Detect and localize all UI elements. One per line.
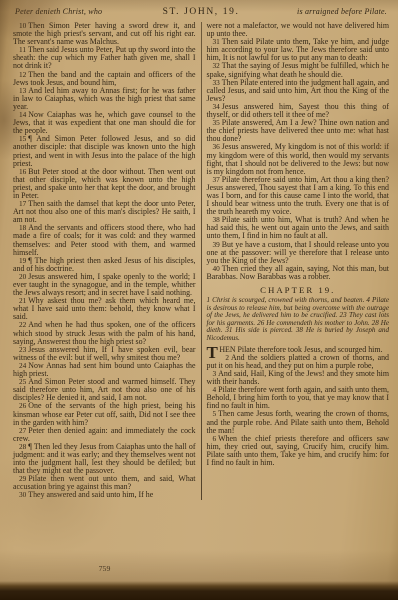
verse: 37Pilate therefore said unto him, Art th… — [207, 176, 390, 216]
verse: 28¶ Then led they Jesus from Caiaphas un… — [13, 443, 196, 475]
verse: 25And Simon Peter stood and warmed himse… — [13, 378, 196, 402]
verse: 18And the servants and officers stood th… — [13, 224, 196, 256]
verse: 5Then came Jesus forth, wearing the crow… — [207, 410, 390, 434]
running-head-right: is arraigned before Pilate. — [245, 7, 387, 16]
verse-text: And when he had thus spoken, one of the … — [13, 320, 196, 345]
verse: 23Jesus answered him, If I have spoken e… — [13, 346, 196, 362]
verse-text: Jesus answered him, Sayest thou this thi… — [207, 102, 390, 119]
verse-text: Then came Jesus forth, wearing the crown… — [207, 409, 390, 434]
verse-text: Pilate saith unto him, What is truth? An… — [207, 215, 390, 240]
right-column: were not a malefactor, we would not have… — [202, 22, 390, 500]
verse-text: ¶ And Simon Peter followed Jesus, and so… — [13, 134, 196, 167]
verse: 40Then cried they all again, saying, Not… — [207, 265, 390, 281]
verse: 32That the saying of Jesus might be fulf… — [207, 62, 390, 78]
verse: 39But ye have a custom, that I should re… — [207, 241, 390, 265]
verse: 20Jesus answered him, I spake openly to … — [13, 273, 196, 297]
text-columns: 10Then Simon Peter having a sword drew i… — [13, 22, 389, 500]
verse: 4Pilate therefore went forth again, and … — [207, 386, 390, 410]
verse: 3And said, Hail, King of the Jews! and t… — [207, 370, 390, 386]
verse-text: And the soldiers platted a crown of thor… — [207, 353, 390, 370]
page-content: Peter denieth Christ, who ST. JOHN, 19. … — [13, 7, 389, 500]
chapter-summary: 1 Christ is scourged, crowned with thorn… — [207, 297, 390, 343]
verse: 26One of the servants of the high priest… — [13, 402, 196, 426]
book-page-photo: { "book": { "colors": { "paper": "#c9ac7… — [0, 0, 398, 600]
verse: 12Then the band and the captain and offi… — [13, 71, 196, 87]
verse-text: Now Annas had sent him bound unto Caiaph… — [13, 361, 196, 378]
verse-text: Why askest thou me? ask them which heard… — [13, 296, 196, 321]
verse: 13And led him away to Annas first; for h… — [13, 87, 196, 111]
verse: 6When the chief priests therefore and of… — [207, 435, 390, 467]
verse: 24Now Annas had sent him bound unto Caia… — [13, 362, 196, 378]
running-head-left: Peter denieth Christ, who — [15, 7, 157, 16]
verse: 17Then saith the damsel that kept the do… — [13, 200, 196, 224]
verse: 31Then said Pilate unto them, Take ye hi… — [207, 38, 390, 62]
verse-text: Pilate answered, Am I a Jew? Thine own n… — [207, 118, 390, 143]
left-column: 10Then Simon Peter having a sword drew i… — [13, 22, 201, 500]
verse-text: But ye have a custom, that I should rele… — [207, 240, 390, 265]
verse-text: Jesus answered him, If I have spoken evi… — [13, 345, 196, 362]
verse: 19¶ The high priest then asked Jesus of … — [13, 257, 196, 273]
verse-text: They answered and said unto him, If he — [28, 490, 153, 499]
verse: 27Peter then denied again: and immediate… — [13, 427, 196, 443]
verse-text: Then Simon Peter having a sword drew it,… — [13, 21, 196, 46]
chapter-heading: CHAPTER 19. — [207, 286, 390, 294]
verse-text: Now Caiaphas was he, which gave counsel … — [13, 110, 196, 135]
verse: 36Jesus answered, My kingdom is not of t… — [207, 143, 390, 175]
running-head-book-chapter: ST. JOHN, 19. — [157, 7, 246, 17]
verse: 38Pilate saith unto him, What is truth? … — [207, 216, 390, 240]
running-head: Peter denieth Christ, who ST. JOHN, 19. … — [15, 7, 387, 17]
verse-continuation: were not a malefactor, we would not have… — [207, 22, 390, 38]
verse: 10Then Simon Peter having a sword drew i… — [13, 22, 196, 46]
verse-text: When the chief priests therefore and off… — [207, 434, 390, 467]
verse: 34Jesus answered him, Sayest thou this t… — [207, 103, 390, 119]
drop-cap-letter: T — [207, 346, 220, 361]
page-number: 759 — [13, 564, 196, 573]
verse-text: And led him away to Annas first; for he … — [13, 86, 196, 111]
verse-number: 30 — [19, 490, 26, 499]
verse: 22And when he had thus spoken, one of th… — [13, 321, 196, 345]
verse: 16But Peter stood at the door without. T… — [13, 168, 196, 200]
verse-text: Pilate therefore went forth again, and s… — [207, 385, 390, 410]
verse: 30They answered and said unto him, If he — [13, 491, 196, 499]
verse-text: Jesus answered him, I spake openly to th… — [13, 272, 196, 297]
verse-text: That the saying of Jesus might be fulfil… — [207, 61, 390, 78]
verse-text: Pilate then went out unto them, and said… — [13, 474, 196, 491]
verse-text: Then Pilate entered into the judgment ha… — [207, 78, 390, 103]
verse-text: Then said Jesus unto Peter, Put up thy s… — [13, 45, 196, 70]
verse-text: Peter then denied again: and immediately… — [13, 426, 196, 443]
verse-text: ¶ The high priest then asked Jesus of hi… — [13, 256, 196, 273]
verses-31-40: 31Then said Pilate unto them, Take ye hi… — [207, 38, 390, 281]
verse-text: Then cried they all again, saying, Not t… — [207, 264, 390, 281]
verse: 29Pilate then went out unto them, and sa… — [13, 475, 196, 491]
verse-text: Pilate therefore said unto him, Art thou… — [207, 175, 390, 216]
verse-text: Then said Pilate unto them, Take ye him,… — [207, 37, 390, 62]
verse-text: But Peter stood at the door without. The… — [13, 167, 196, 200]
verse-text: Then saith the damsel that kept the door… — [13, 199, 196, 224]
verse: 21Why askest thou me? ask them which hea… — [13, 297, 196, 321]
verse-text: ¶ Then led they Jesus from Caiaphas unto… — [13, 442, 196, 475]
verse-text: And Simon Peter stood and warmed himself… — [13, 377, 196, 402]
verse-text: And the servants and officers stood ther… — [13, 223, 196, 256]
verse-text: One of the servants of the high priest, … — [13, 401, 196, 426]
verse-text: And said, Hail, King of the Jews! and th… — [207, 369, 390, 386]
verse-text: Jesus answered, My kingdom is not of thi… — [207, 142, 390, 175]
verse: 2And the soldiers platted a crown of tho… — [207, 354, 390, 370]
verse: 33Then Pilate entered into the judgment … — [207, 79, 390, 103]
verse: 11Then said Jesus unto Peter, Put up thy… — [13, 46, 196, 70]
verse: 14Now Caiaphas was he, which gave counse… — [13, 111, 196, 135]
verses-2-6: 2And the soldiers platted a crown of tho… — [207, 354, 390, 467]
verse: 35Pilate answered, Am I a Jew? Thine own… — [207, 119, 390, 143]
verse: 15¶ And Simon Peter followed Jesus, and … — [13, 135, 196, 167]
verse-text: Then the band and the captain and office… — [13, 70, 196, 87]
